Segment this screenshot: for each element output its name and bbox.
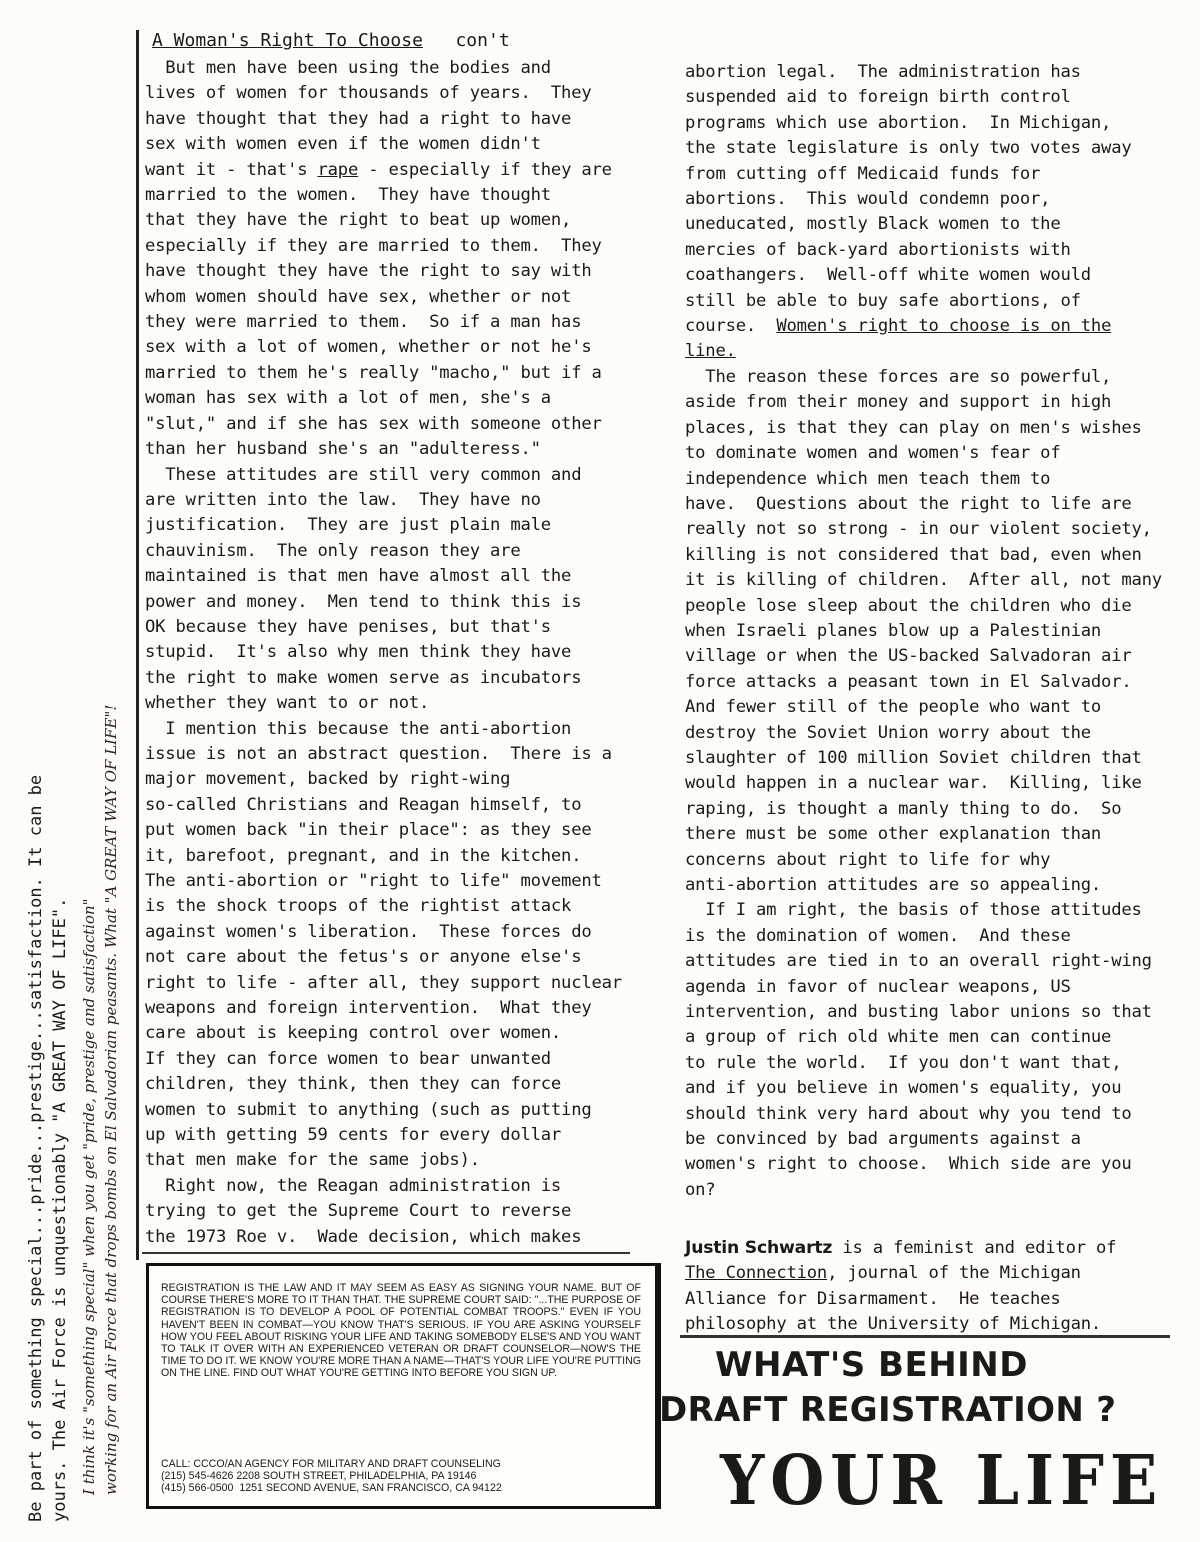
text-line: from cutting off Medicaid funds for bbox=[685, 162, 1175, 187]
text-line: they were married to them. So if a man h… bbox=[145, 310, 635, 335]
text-line: stupid. It's also why men think they hav… bbox=[145, 640, 635, 665]
text-line: whom women should have sex, whether or n… bbox=[145, 285, 635, 310]
text-line: whether they want to or not. bbox=[145, 691, 635, 716]
text-line: woman has sex with a lot of men, she's a bbox=[145, 386, 635, 411]
headline-your-life: YOUR LIFE bbox=[720, 1440, 1163, 1520]
text-line: have thought that they had a right to ha… bbox=[145, 107, 635, 132]
text-line: especially if they are married to them. … bbox=[145, 234, 635, 259]
text-line: I mention this because the anti-abortion bbox=[145, 717, 635, 742]
text-line: lives of women for thousands of years. T… bbox=[145, 81, 635, 106]
text-line: "slut," and if she has sex with someone … bbox=[145, 412, 635, 437]
text-line: trying to get the Supreme Court to rever… bbox=[145, 1199, 635, 1224]
ad-contact: CALL: CCCO/AN AGENCY FOR MILITARY AND DR… bbox=[161, 1458, 502, 1495]
text-line: attitudes are tied in to an overall righ… bbox=[685, 949, 1175, 974]
text-line: anti-abortion attitudes are so appealing… bbox=[685, 873, 1175, 898]
text-line: major movement, backed by right-wing bbox=[145, 767, 635, 792]
text-line: to dominate women and women's fear of bbox=[685, 441, 1175, 466]
draft-counseling-ad-box: Registration is the law and it may seem … bbox=[146, 1263, 661, 1509]
text-line: programs which use abortion. In Michigan… bbox=[685, 111, 1175, 136]
divider bbox=[142, 1252, 630, 1254]
author-bio: Justin Schwartz is a feminist and editor… bbox=[685, 1236, 1116, 1338]
text-line: up with getting 59 cents for every dolla… bbox=[145, 1123, 635, 1148]
continued-label: con't bbox=[455, 30, 509, 51]
margin-handwritten-note: I think it's "something special" when yo… bbox=[78, 705, 122, 1495]
text-line: concerns about right to life for why bbox=[685, 848, 1175, 873]
text-line: These attitudes are still very common an… bbox=[145, 463, 635, 488]
article-heading: A Woman's Right To Choose con't bbox=[152, 30, 510, 51]
text-line: independence which men teach them to bbox=[685, 467, 1175, 492]
text-line: the 1973 Roe v. Wade decision, which mak… bbox=[145, 1225, 635, 1250]
text-line: abortions. This would condemn poor, bbox=[685, 187, 1175, 212]
text-line: be convinced by bad arguments against a bbox=[685, 1127, 1175, 1152]
divider bbox=[680, 1335, 1170, 1338]
text-line: people lose sleep about the children who… bbox=[685, 594, 1175, 619]
text-line: Right now, the Reagan administration is bbox=[145, 1174, 635, 1199]
text-line: really not so strong - in our violent so… bbox=[685, 517, 1175, 542]
text-line: raping, is thought a manly thing to do. … bbox=[685, 797, 1175, 822]
text-line: the state legislature is only two votes … bbox=[685, 136, 1175, 161]
text-line: slaughter of 100 million Soviet children… bbox=[685, 746, 1175, 771]
text-line: destroy the Soviet Union worry about the bbox=[685, 721, 1175, 746]
text-line: coathangers. Well-off white women would bbox=[685, 263, 1175, 288]
ad-body-text: Registration is the law and it may seem … bbox=[161, 1282, 641, 1380]
text-line: The anti-abortion or "right to life" mov… bbox=[145, 869, 635, 894]
text-line: on? bbox=[685, 1178, 1175, 1203]
text-line: married to them he's really "macho," but… bbox=[145, 361, 635, 386]
author-name: Justin Schwartz bbox=[685, 1238, 832, 1258]
phone-philadelphia: (215) 545-4626 2208 SOUTH STREET, PHILAD… bbox=[161, 1470, 502, 1482]
text-line: right to life - after all, they support … bbox=[145, 971, 635, 996]
text-line: But men have been using the bodies and bbox=[145, 56, 635, 81]
text-line: have. Questions about the right to life … bbox=[685, 492, 1175, 517]
text-line: village or when the US-backed Salvadoran… bbox=[685, 644, 1175, 669]
text-line: power and money. Men tend to think this … bbox=[145, 590, 635, 615]
text-line: suspended aid to foreign birth control bbox=[685, 85, 1175, 110]
text-line: If they can force women to bear unwanted bbox=[145, 1047, 635, 1072]
text-line: a group of rich old white men can contin… bbox=[685, 1025, 1175, 1050]
article-title: A Woman's Right To Choose bbox=[152, 30, 423, 51]
text-line: should think very hard about why you ten… bbox=[685, 1102, 1175, 1127]
text-line: is the domination of women. And these bbox=[685, 924, 1175, 949]
text-line: children, they think, then they can forc… bbox=[145, 1072, 635, 1097]
text-line: the right to make women serve as incubat… bbox=[145, 666, 635, 691]
text-line: And fewer still of the people who want t… bbox=[685, 695, 1175, 720]
text-line: against women's liberation. These forces… bbox=[145, 920, 635, 945]
text-line: it, barefoot, pregnant, and in the kitch… bbox=[145, 844, 635, 869]
headline-line-2: DRAFT REGISTRATION ? bbox=[659, 1390, 1116, 1430]
text-line: want it - that's rape - especially if th… bbox=[145, 158, 635, 183]
text-line: it is killing of children. After all, no… bbox=[685, 568, 1175, 593]
text-line: agenda in favor of nuclear weapons, US bbox=[685, 975, 1175, 1000]
publication-name: The Connection bbox=[685, 1263, 827, 1283]
text-line: force attacks a peasant town in El Salva… bbox=[685, 670, 1175, 695]
text-line: issue is not an abstract question. There… bbox=[145, 742, 635, 767]
right-column: abortion legal. The administration hassu… bbox=[685, 60, 1175, 1203]
text-line: course. Women's right to choose is on th… bbox=[685, 314, 1175, 339]
text-line: killing is not considered that bad, even… bbox=[685, 543, 1175, 568]
margin-printed-ad-text: Be part of something special...pride...p… bbox=[24, 775, 72, 1522]
text-line: mercies of back-yard abortionists with bbox=[685, 238, 1175, 263]
text-line: than her husband she's an "adulteress." bbox=[145, 437, 635, 462]
text-line: have thought they have the right to say … bbox=[145, 259, 635, 284]
text-line: is the shock troops of the rightist atta… bbox=[145, 894, 635, 919]
text-line: OK because they have penises, but that's bbox=[145, 615, 635, 640]
text-line: places, is that they can play on men's w… bbox=[685, 416, 1175, 441]
text-line: abortion legal. The administration has bbox=[685, 60, 1175, 85]
text-line: so-called Christians and Reagan himself,… bbox=[145, 793, 635, 818]
text-line: not care about the fetus's or anyone els… bbox=[145, 945, 635, 970]
text-line: that they have the right to beat up wome… bbox=[145, 208, 635, 233]
margin-rule bbox=[136, 30, 139, 1260]
text-line: aside from their money and support in hi… bbox=[685, 390, 1175, 415]
text-line: sex with women even if the women didn't bbox=[145, 132, 635, 157]
text-line: and if you believe in women's equality, … bbox=[685, 1076, 1175, 1101]
text-line: there must be some other explanation tha… bbox=[685, 822, 1175, 847]
text-line: that men make for the same jobs). bbox=[145, 1148, 635, 1173]
text-line: women to submit to anything (such as put… bbox=[145, 1098, 635, 1123]
text-line: uneducated, mostly Black women to the bbox=[685, 212, 1175, 237]
text-line: chauvinism. The only reason they are bbox=[145, 539, 635, 564]
text-line: married to the women. They have thought bbox=[145, 183, 635, 208]
text-line: still be able to buy safe abortions, of bbox=[685, 289, 1175, 314]
text-line: justification. They are just plain male bbox=[145, 513, 635, 538]
left-column: But men have been using the bodies andli… bbox=[145, 56, 635, 1250]
text-line: sex with a lot of women, whether or not … bbox=[145, 335, 635, 360]
text-line: would happen in a nuclear war. Killing, … bbox=[685, 771, 1175, 796]
text-line: women's right to choose. Which side are … bbox=[685, 1152, 1175, 1177]
text-line: to rule the world. If you don't want tha… bbox=[685, 1051, 1175, 1076]
phone-san-francisco: (415) 566-0500 1251 SECOND AVENUE, SAN F… bbox=[161, 1482, 502, 1494]
text-line: The reason these forces are so powerful, bbox=[685, 365, 1175, 390]
text-line: care about is keeping control over women… bbox=[145, 1021, 635, 1046]
text-line: line. bbox=[685, 339, 1175, 364]
headline-line-1: WHAT'S BEHIND bbox=[715, 1345, 1028, 1385]
text-line: when Israeli planes blow up a Palestinia… bbox=[685, 619, 1175, 644]
text-line: If I am right, the basis of those attitu… bbox=[685, 898, 1175, 923]
text-line: intervention, and busting labor unions s… bbox=[685, 1000, 1175, 1025]
text-line: weapons and foreign intervention. What t… bbox=[145, 996, 635, 1021]
text-line: maintained is that men have almost all t… bbox=[145, 564, 635, 589]
text-line: are written into the law. They have no bbox=[145, 488, 635, 513]
text-line: put women back "in their place": as they… bbox=[145, 818, 635, 843]
